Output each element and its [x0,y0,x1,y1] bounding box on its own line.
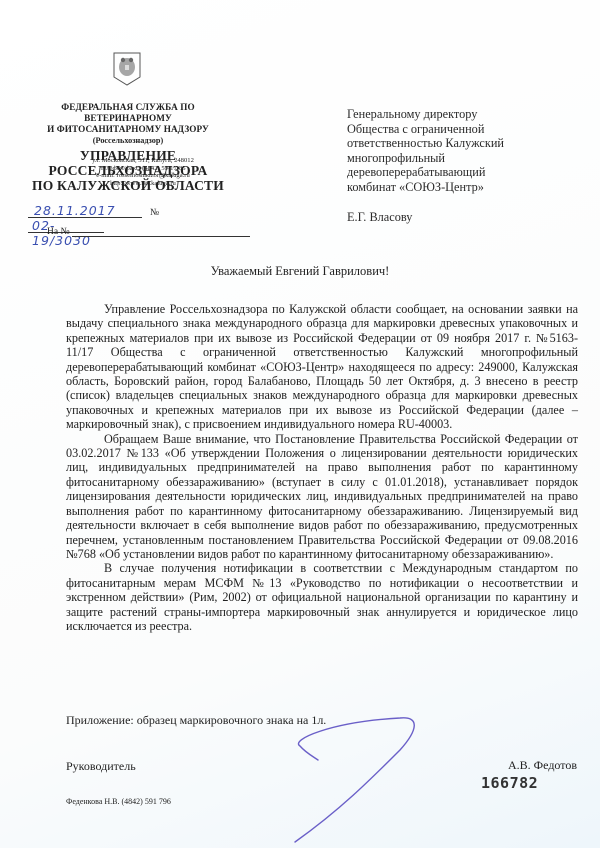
letter-page: ФЕДЕРАЛЬНАЯ СЛУЖБА ПО ВЕТЕРИНАРНОМУ И ФИ… [0,0,600,848]
reply-to-label: На № [47,227,70,237]
registration-line: 28.11.2017№02-19/3030 [28,203,233,219]
recipient-name: Е.Г. Власову [347,210,577,225]
registration-date: 28.11.2017 [34,203,116,218]
agency-short-name: (Россельхознадзор) [28,135,228,146]
body-paragraph: Управление Россельхознадзора по Калужско… [66,302,578,432]
handwritten-signature-icon [250,700,450,845]
recipient-block: Генеральному директору Общества с ограни… [347,107,577,225]
agency-line-1: ФЕДЕРАЛЬНАЯ СЛУЖБА ПО ВЕТЕРИНАРНОМУ [28,102,228,124]
signatory-name: А.В. Федотов [508,758,577,773]
salutation: Уважаемый Евгений Гаврилович! [0,264,600,279]
recipient-line: многопрофильный [347,151,577,166]
recipient-line: Общества с ограниченной [347,122,577,137]
reply-to-line: На № [47,226,250,237]
agency-line-2: И ФИТОСАНИТАРНОМУ НАДЗОРУ [28,124,228,135]
website: http://www.rsn.kaluga.ru [78,180,208,188]
body-paragraph: Обращаем Ваше внимание, что Постановлени… [66,432,578,562]
recipient-line: деревоперерабатывающий [347,165,577,180]
coat-of-arms-icon [112,51,142,87]
signatory-role: Руководитель [66,759,136,774]
phone: телефон/факс: (4842) 59-17-85 [78,165,208,173]
body-paragraph: В случае получения нотификации в соответ… [66,561,578,633]
stamp-number: 166782 [481,774,538,792]
number-label: № [150,208,159,218]
date-field: 28.11.2017 [28,203,142,218]
address: ул. Московская, 311, Калуга, 248012 [78,157,208,165]
recipient-line: Генеральному директору [347,107,577,122]
reply-to-field [72,226,250,237]
email: e-mail: rosselhosnadzor@kaluga.ru [78,172,208,180]
letter-body: Управление Россельхознадзора по Калужско… [66,302,578,633]
executor-contact: Феденкова Н.В. (4842) 591 796 [66,797,171,806]
recipient-line: ответственностью Калужский [347,136,577,151]
recipient-line: комбинат «СОЮЗ-Центр» [347,180,577,195]
contact-block: ул. Московская, 311, Калуга, 248012 теле… [78,157,208,187]
